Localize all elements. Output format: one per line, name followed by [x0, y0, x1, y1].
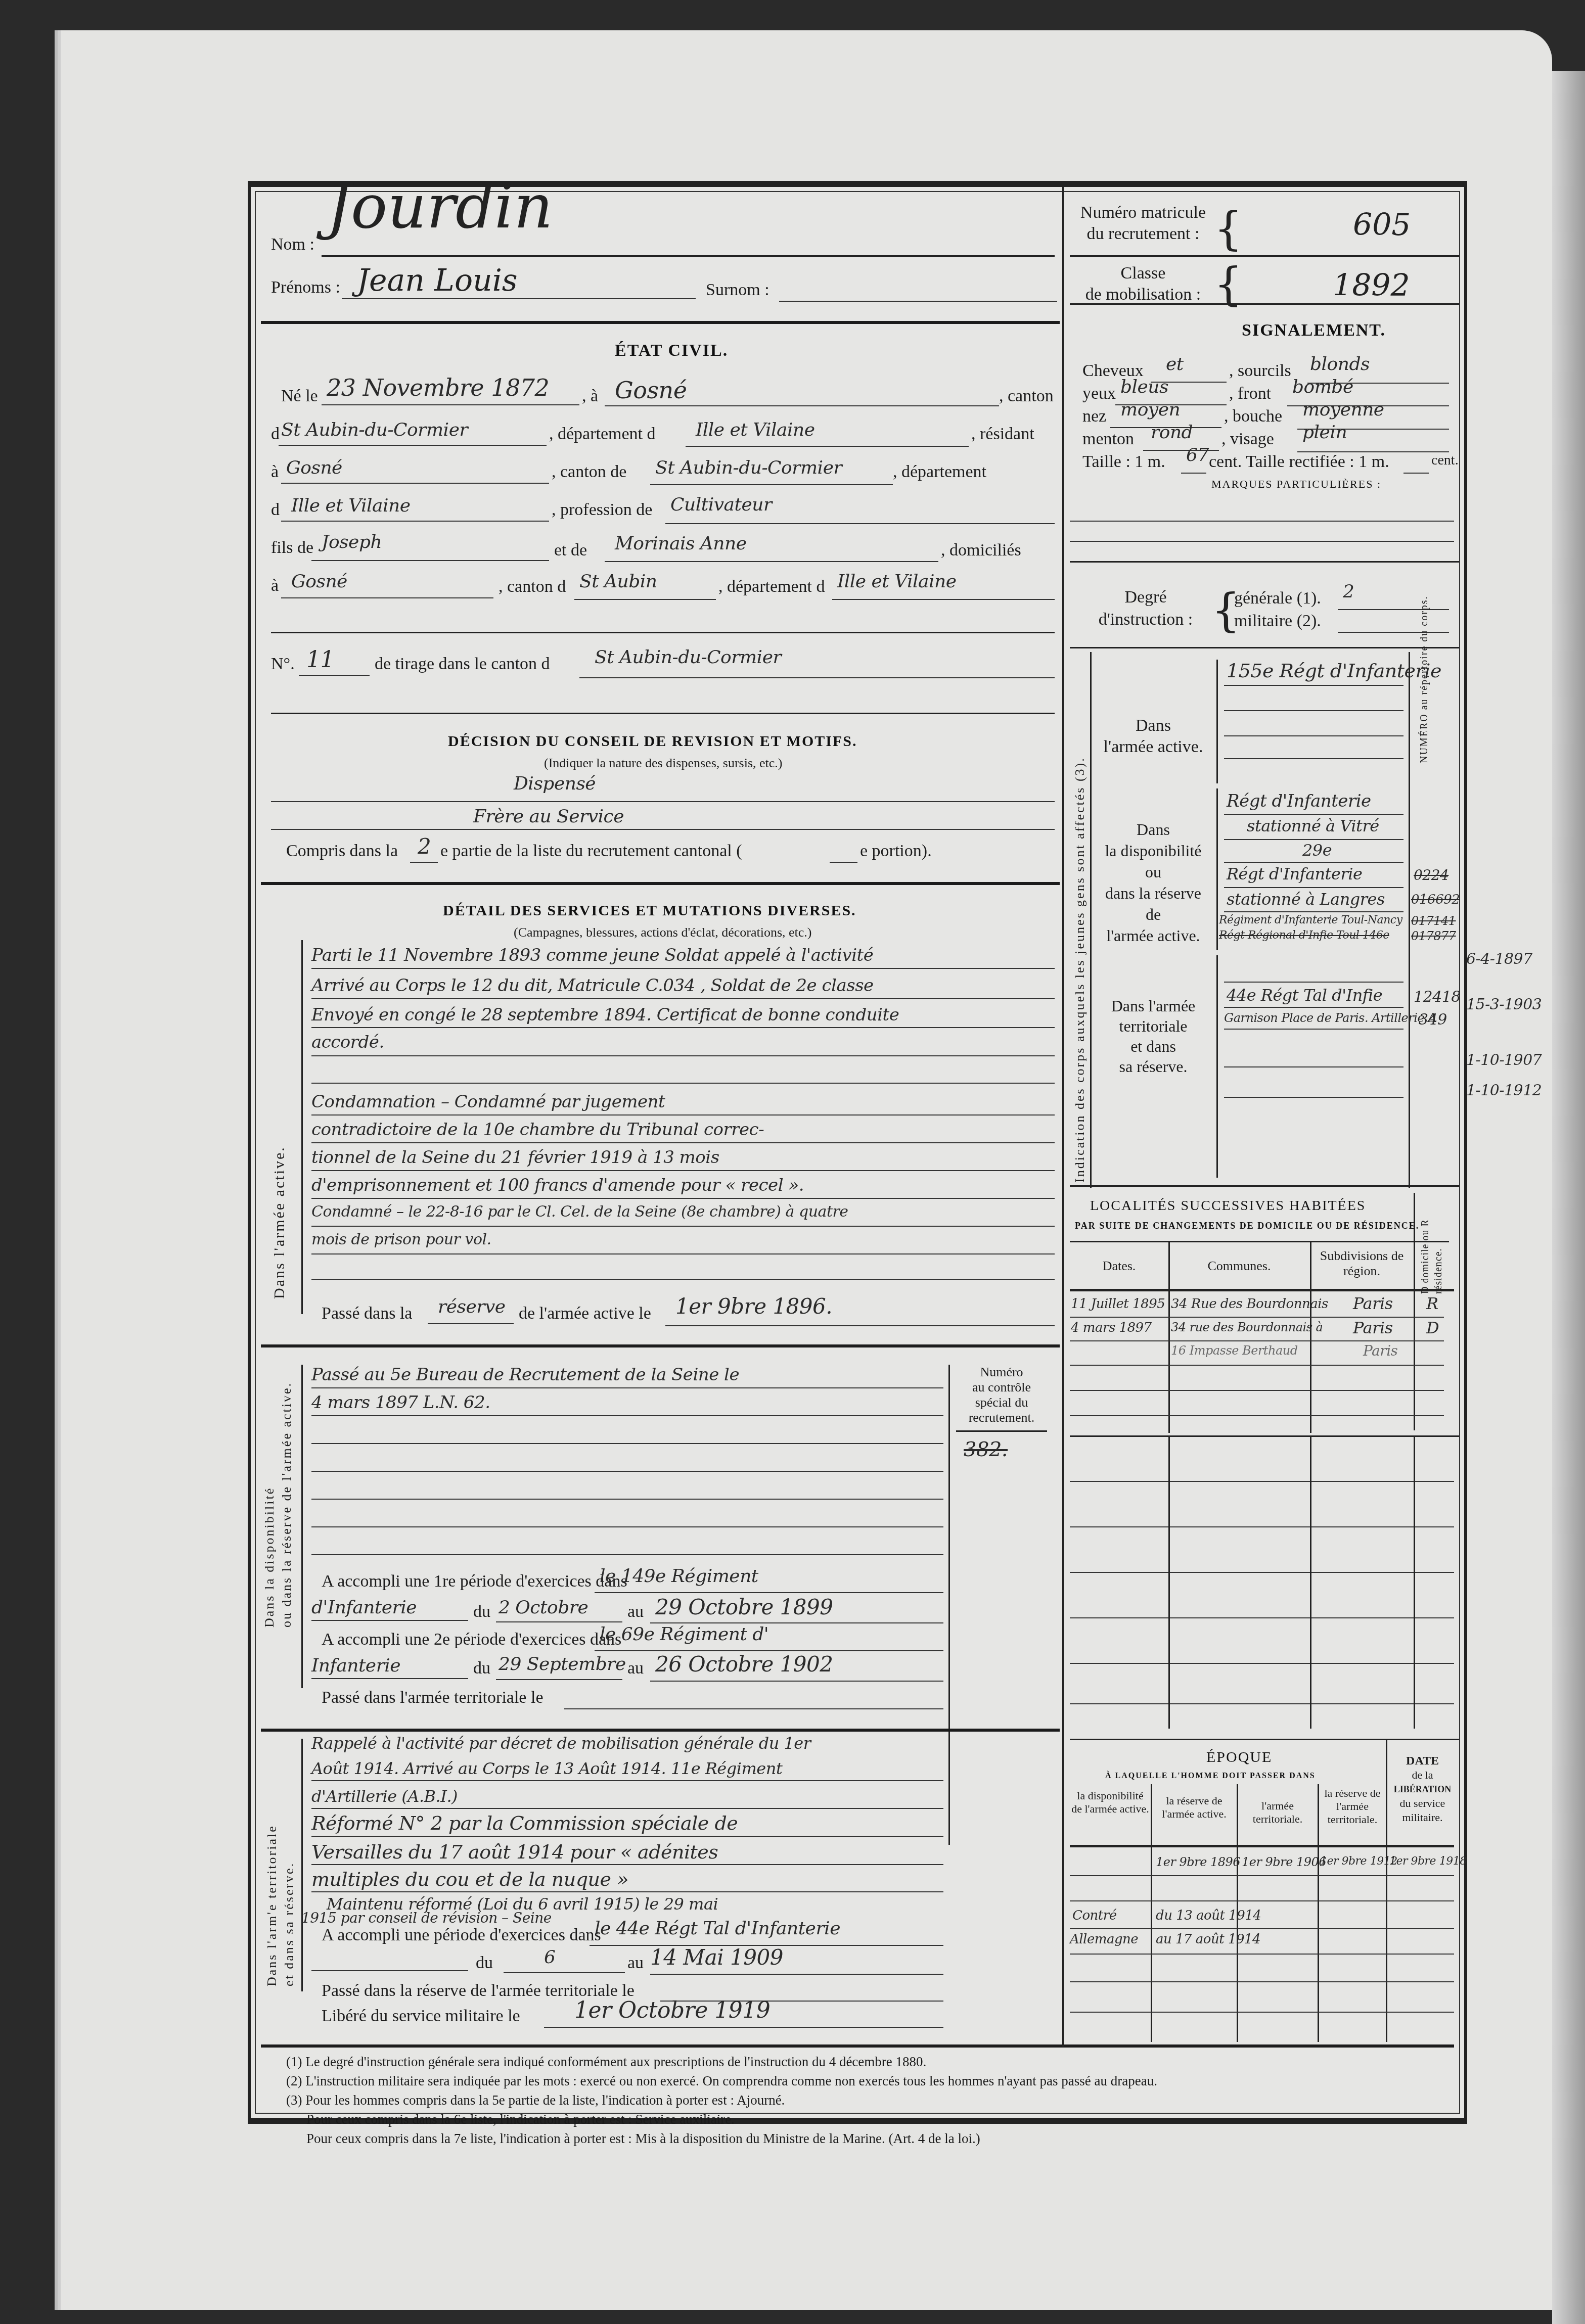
yeux-value: bleus — [1120, 377, 1168, 397]
epoque-extra-au: au 17 août 1914 — [1156, 1932, 1260, 1947]
epoque-value-reserve-territoriale: 1er 9bre 1912 — [1320, 1855, 1397, 1868]
localite-row-5-rule — [1070, 1415, 1444, 1416]
conseil-divider — [261, 882, 1060, 885]
pere-underline — [311, 560, 549, 561]
terr-number-2: 349 — [1419, 1011, 1447, 1029]
departement3-value: Ille et Vilaine — [837, 571, 957, 592]
numero-header-4: recrutement. — [954, 1410, 1050, 1425]
instruction-label-1: Degré — [1080, 586, 1211, 609]
menton-value: rond — [1151, 422, 1193, 443]
corps-active-line-2 — [1224, 710, 1403, 711]
numero-repertoire-divider — [1409, 652, 1410, 1188]
pere-value: Joseph — [322, 532, 382, 552]
exercice1-unit: d'Infanterie — [311, 1597, 417, 1618]
tirage-label: de tirage dans le canton d — [375, 655, 550, 674]
terr-line-1: Rappelé à l'activité par décret de mobil… — [311, 1734, 811, 1753]
corps-dispo-label: Dans la disponibilité ou dans la réserve… — [1095, 819, 1211, 946]
corps-active-label-2: l'armée active. — [1095, 736, 1211, 758]
services-divider — [261, 1344, 1060, 1347]
terr-line-2: Août 1914. Arrivé au Corps le 13 Août 19… — [311, 1759, 782, 1778]
blank-rule-4 — [1070, 1617, 1454, 1618]
corps-divider — [1070, 1185, 1459, 1187]
marques-title: MARQUES PARTICULIÈRES : — [1211, 478, 1381, 491]
exercice2-au-underline — [650, 1681, 943, 1682]
residant-a-label: à — [271, 462, 279, 482]
corps-dispo-label-3: ou — [1095, 861, 1211, 882]
localite-row-1-date: 11 Juillet 1895 — [1071, 1296, 1165, 1312]
localites-col-subdivisions: Subdivisions de région. — [1312, 1248, 1411, 1279]
exercice2-au: 26 Octobre 1902 — [655, 1652, 833, 1677]
corps-active-label: Dans l'armée active. — [1095, 715, 1211, 758]
blank-col-3 — [1414, 1435, 1415, 1729]
condamnation-underline-6 — [311, 1253, 1055, 1254]
portion-suffix: e portion). — [860, 842, 932, 861]
visage-value: plein — [1302, 422, 1347, 443]
footnote-1: (1) Le degré d'instruction générale sera… — [286, 2052, 1449, 2071]
epoque-row-5-rule — [1070, 1981, 1454, 1982]
blank-rule-5 — [1070, 1663, 1454, 1664]
terr-underline-3 — [311, 1808, 943, 1809]
blank-rule-1 — [1070, 1481, 1454, 1482]
localite-row-2-rule — [1070, 1340, 1444, 1341]
exercice2-au-label: au — [627, 1659, 644, 1678]
ne-le-underline — [322, 404, 579, 405]
exercice1-du-underline — [496, 1621, 622, 1622]
dispo-line-1: Passé au 5e Bureau de Recrutement de la … — [311, 1365, 739, 1385]
mere-underline — [605, 561, 938, 562]
exercice1-value: le 149e Régiment — [600, 1566, 758, 1587]
front-label: , front — [1229, 384, 1271, 403]
corps-terr-value-2: Garnison Place de Paris. Artillerie A — [1224, 1011, 1436, 1025]
dispo-underline-4 — [311, 1471, 943, 1472]
conseil-line-1: Dispensé — [514, 773, 596, 794]
localite-row-1-subdivision: Paris — [1353, 1294, 1393, 1313]
corps-dispo-label-4: dans la réserve — [1095, 882, 1211, 904]
epoque-col-4-header: la réserve de l'armée territoriale. — [1320, 1787, 1385, 1826]
condamnation-line-6: mois de prison pour vol. — [311, 1231, 491, 1248]
birthplace-value: Gosné — [615, 377, 687, 404]
services-subtitle: (Campagnes, blessures, actions d'éclat, … — [514, 925, 811, 940]
tirage-no-underline — [299, 675, 370, 676]
localite-row-3-rule — [1070, 1365, 1444, 1366]
terr-underline-5 — [311, 1864, 943, 1865]
localites-title: LOCALITÉS SUCCESSIVES HABITÉES — [1090, 1198, 1366, 1214]
et-de-label: et de — [554, 541, 587, 560]
dispo-underline-7 — [311, 1554, 943, 1555]
canton2-underline — [650, 484, 893, 485]
next-page-edge — [1552, 71, 1585, 2324]
a-label: , à — [582, 387, 598, 406]
liberation-header-5: militaire. — [1388, 1810, 1457, 1825]
compris-underline — [410, 862, 438, 863]
exercice2-value: le 69e Régiment d' — [600, 1624, 768, 1645]
profession-label: , profession de — [552, 500, 652, 520]
service-underline-2 — [311, 998, 1055, 999]
conseil-title: DÉCISION DU CONSEIL DE REVISION ET MOTIF… — [448, 733, 857, 750]
matricule-value: 605 — [1353, 207, 1411, 243]
exercice1-au: 29 Octobre 1899 — [655, 1595, 833, 1619]
classe-label: Classe de mobilisation : — [1075, 263, 1211, 305]
departement2-label: , département — [893, 462, 986, 482]
liberation-header-3: LIBÉRATION — [1388, 1782, 1457, 1796]
nez-label: nez — [1082, 407, 1106, 426]
corps-dispo-line-5 — [1224, 911, 1403, 912]
corps-dispo-brace — [1216, 788, 1218, 950]
margin-date-3: 1-10-1907 — [1466, 1051, 1542, 1069]
exercice1-unit-underline — [311, 1620, 468, 1621]
numero-header-rule — [956, 1430, 1047, 1432]
corps-active-value: 155e Régt d'Infanterie — [1227, 660, 1441, 682]
classe-label-1: Classe — [1075, 263, 1211, 284]
exercice2-du-underline — [496, 1679, 622, 1680]
corps-dispo-label-6: l'armée active. — [1095, 925, 1211, 946]
corps-dispo-line-3 — [1224, 862, 1403, 863]
passe-label: Passé dans la — [322, 1304, 412, 1323]
instruction-label: Degré d'instruction : — [1080, 586, 1211, 631]
departement2-prefix: d — [271, 500, 280, 520]
matricule-form: Nom : Jourdin Prénoms : Jean Louis Surno… — [248, 181, 1467, 2124]
condamnation-underline-4 — [311, 1198, 1055, 1199]
exercice2-du-label: du — [473, 1659, 490, 1678]
terr-exercice-au: 14 Mai 1909 — [650, 1945, 783, 1970]
corps-dispo-label-1: Dans — [1095, 819, 1211, 840]
terr-line-8: 1915 par conseil de révision – Seine — [301, 1910, 552, 1926]
departement3-label: , département d — [718, 577, 825, 596]
ne-le-label: Né le — [281, 387, 318, 406]
exercice1-du: 2 Octobre — [499, 1597, 588, 1618]
numero-header-3: spécial du — [954, 1395, 1050, 1410]
terr-underline-6 — [311, 1891, 943, 1892]
numero-header-2: au contrôle — [954, 1380, 1050, 1395]
bouche-label: , bouche — [1224, 407, 1282, 426]
nom-value: Jourdin — [327, 172, 553, 242]
corps-terr-line-4 — [1224, 1066, 1403, 1067]
domicile-value: Gosné — [291, 571, 347, 592]
localite-row-1-type: R — [1426, 1294, 1438, 1313]
epoque-col-3-divider — [1318, 1784, 1319, 2042]
terr-number-1: 12418 — [1414, 988, 1461, 1006]
cheveux-value: et — [1166, 354, 1184, 375]
communes-column-divider — [1310, 1241, 1311, 1433]
canton3-underline — [574, 599, 716, 600]
corps-terr-brace — [1216, 955, 1218, 1178]
margin-date-2: 15-3-1903 — [1466, 996, 1542, 1013]
matricule-divider — [1070, 255, 1459, 257]
condamnation-underline-3 — [311, 1170, 1055, 1171]
matricule-label-2: du recrutement : — [1075, 223, 1211, 245]
corps-active-line-3 — [1224, 735, 1403, 736]
domicile-a-label: à — [271, 576, 279, 595]
compris-value: 2 — [418, 834, 431, 859]
corps-dispo-value-7: Régt Régional d'Infie Toul 146e — [1219, 929, 1389, 942]
epoque-value-reserve-active: 1er 9bre 1896 — [1156, 1855, 1240, 1869]
terr-underline-4 — [311, 1836, 943, 1837]
matricule-brace: { — [1214, 202, 1243, 255]
condamnation-underline-2 — [311, 1142, 1055, 1143]
services-side-label: Dans l'armée active. — [271, 1146, 288, 1299]
domicile-underline — [281, 597, 493, 598]
service-line-4: accordé. — [311, 1032, 384, 1052]
blank-rule-2 — [1070, 1526, 1454, 1527]
numero-controle-value: 382. — [964, 1438, 1008, 1461]
footnote-4: Pour ceux compris dans la 6e liste, l'in… — [286, 2110, 1449, 2129]
corps-dispo-value-6: Régiment d'Infanterie Toul-Nancy — [1219, 914, 1402, 926]
sourcils-label: , sourcils — [1229, 361, 1291, 381]
departement-value: Ille et Vilaine — [696, 420, 815, 440]
departement-label: , département d — [549, 425, 656, 444]
services-brace — [301, 940, 303, 1314]
corps-dispo-line-4 — [1224, 887, 1403, 888]
dispo-underline-6 — [311, 1526, 943, 1527]
nez-value: moyen — [1120, 399, 1180, 420]
liberation-header: DATE de la LIBÉRATION du service militai… — [1388, 1754, 1457, 1825]
dispo-underline-3 — [311, 1443, 943, 1444]
passe-date-underline — [665, 1325, 1055, 1326]
dispo-side-label-1: Dans la disponibilité — [261, 1382, 278, 1628]
corps-terr-line-3 — [1224, 1029, 1403, 1030]
terr-exercice-au-underline — [650, 1974, 943, 1975]
terr-line-5: Versailles du 17 août 1914 pour « adénit… — [311, 1841, 718, 1863]
canton-underline — [279, 445, 547, 446]
margin-date-1: 6-4-1897 — [1466, 950, 1532, 968]
exercice1-du-label: du — [473, 1602, 490, 1621]
dispo-number-2: 016692 — [1411, 892, 1460, 907]
condamnation-line-2: contradictoire de la 10e chambre du Trib… — [311, 1120, 764, 1140]
exercice2-du: 29 Septembre — [499, 1654, 626, 1675]
prenoms-label: Prénoms : — [271, 278, 340, 297]
sourcils-value: blonds — [1310, 354, 1370, 375]
footnote-3: (3) Pour les hommes compris dans la 5e p… — [286, 2090, 1449, 2110]
yeux-label: yeux — [1082, 384, 1116, 403]
localites-header-rule — [1070, 1289, 1454, 1291]
localite-row-2-date: 4 mars 1897 — [1071, 1320, 1152, 1335]
matricule-label: Numéro matricule du recrutement : — [1075, 202, 1211, 245]
nom-label: Nom : — [271, 235, 314, 254]
passe-value: réserve — [438, 1296, 506, 1317]
epoque-header-rule — [1070, 1845, 1454, 1847]
corps-active-line-1 — [1224, 685, 1403, 686]
terr-exercice-au-label: au — [627, 1954, 644, 1973]
localite-row-2-subdivision: Paris — [1353, 1318, 1393, 1337]
corps-terr-label-2: territoriale — [1095, 1016, 1211, 1036]
ne-le-value: 23 Novembre 1872 — [327, 374, 549, 401]
classe-label-2: de mobilisation : — [1075, 284, 1211, 305]
canton3-label: , canton d — [499, 577, 566, 596]
corps-terr-label-4: sa réserve. — [1095, 1056, 1211, 1077]
epoque-row-6-rule — [1070, 2012, 1454, 2013]
etat-civil-divider — [271, 632, 1055, 633]
terr-exercice-du-label: du — [476, 1954, 493, 1973]
dr-column-divider — [1414, 1193, 1415, 1430]
corps-dispo-value-3: 29e — [1302, 841, 1332, 860]
exercice1-label: A accompli une 1re période d'exercices d… — [322, 1572, 627, 1591]
exercice2-label: A accompli une 2e période d'exercices da… — [322, 1630, 621, 1649]
terr-side-label-1: Dans l'arm'e territoriale — [263, 1825, 281, 1986]
terr-line-3: d'Artillerie (A.B.I.) — [311, 1787, 458, 1806]
terr-exercice-label: A accompli une période d'exercices dans — [322, 1926, 601, 1945]
corps-side-label: Indication des corps auxquels les jeunes… — [1072, 757, 1088, 1183]
mere-value: Morinais Anne — [615, 533, 747, 554]
condamnation-line-4: d'emprisonnement et 100 francs d'amende … — [311, 1175, 804, 1195]
marques-line-2 — [1070, 541, 1454, 542]
corps-terr-label: Dans l'armée territoriale et dans sa rés… — [1095, 996, 1211, 1077]
territoriale-underline — [564, 1708, 943, 1709]
departement2-value: Ille et Vilaine — [291, 495, 411, 516]
service-underline-1 — [311, 968, 1055, 969]
taille-underline — [1181, 473, 1206, 474]
condamnation-line-3: tionnel de la Seine du 21 février 1919 à… — [311, 1147, 719, 1168]
condamnation-underline-5 — [311, 1226, 1055, 1227]
prenoms-value: Jean Louis — [357, 263, 518, 298]
corps-dispo-value-5: stationné à Langres — [1227, 890, 1385, 909]
localite-row-3-commune: 16 Impasse Berthaud — [1171, 1343, 1298, 1358]
service-line-1: Parti le 11 Novembre 1893 comme jeune So… — [311, 945, 873, 965]
localite-row-2-commune: 34 rue des Bourdonnais à — [1171, 1320, 1323, 1334]
epoque-extra-label-2: Allemagne — [1070, 1932, 1138, 1947]
prenoms-underline — [342, 298, 696, 299]
dates-column-divider — [1168, 1241, 1170, 1433]
departement3-underline — [832, 599, 1055, 600]
conseil-subtitle: (Indiquer la nature des dispenses, sursi… — [544, 756, 782, 771]
column-divider — [1062, 187, 1064, 2047]
epoque-top-rule — [1070, 1739, 1459, 1740]
nom-underline — [322, 255, 1055, 257]
blank-col-2 — [1310, 1435, 1311, 1729]
terr-exercice-du: 6 — [544, 1947, 555, 1968]
service-line-2: Arrivé au Corps le 12 du dit, Matricule … — [311, 975, 874, 996]
epoque-value-territoriale: 1er 9bre 1906 — [1242, 1855, 1326, 1869]
marques-divider — [1070, 561, 1459, 563]
localite-row-1-rule — [1070, 1317, 1444, 1318]
dispo-line-2: 4 mars 1897 L.N. 62. — [311, 1392, 490, 1413]
surnom-underline — [779, 301, 1057, 302]
tirage-canton-value: St Aubin-du-Cormier — [595, 647, 781, 668]
matricule-label-1: Numéro matricule — [1075, 202, 1211, 223]
terr-line-6: multiples du cou et de la nuque » — [311, 1868, 628, 1890]
marques-line-1 — [1070, 521, 1454, 522]
surnom-label: Surnom : — [706, 281, 769, 300]
libere-value: 1er Octobre 1919 — [574, 1997, 770, 2023]
corps-dispo-line-2 — [1224, 839, 1403, 840]
exercice1-underline — [595, 1592, 943, 1593]
corps-dispo-value-2: stationné à Vitré — [1247, 816, 1379, 835]
dispo-number-1: 0224 — [1414, 867, 1448, 884]
dispo-number-4: 017877 — [1411, 929, 1456, 943]
epoque-subtitle: À LAQUELLE L'HOMME DOIT PASSER DANS — [1105, 1772, 1316, 1781]
militaire-underline — [1338, 632, 1449, 633]
dispo-brace — [301, 1365, 303, 1688]
blank-rule-3 — [1070, 1572, 1454, 1573]
liberation-header-2: de la — [1388, 1768, 1457, 1782]
epoque-extra-du: du 13 août 1914 — [1156, 1908, 1261, 1923]
portion-underline — [830, 862, 857, 863]
tirage-no-value: 11 — [306, 647, 334, 673]
terr-underline-2 — [311, 1780, 943, 1781]
condamnation-line-1: Condamnation – Condamné par jugement — [311, 1092, 665, 1112]
condamnation-underline-7 — [311, 1279, 1055, 1280]
tirage-canton-underline — [579, 677, 1055, 678]
terr-brace — [301, 1739, 303, 1991]
footnote-divider — [261, 2044, 1454, 2048]
libere-underline — [544, 2027, 943, 2028]
name-divider — [261, 321, 1060, 324]
numero-header-1: Numéro — [954, 1365, 1050, 1380]
corps-dispo-label-5: de — [1095, 904, 1211, 925]
classe-divider — [1070, 303, 1459, 305]
taille-rect-underline — [1403, 473, 1429, 474]
blank-col-1 — [1168, 1435, 1170, 1729]
generale-underline — [1338, 609, 1449, 610]
liberation-header-4: du service — [1388, 1796, 1457, 1810]
militaire-label: militaire (2). — [1234, 612, 1321, 631]
corps-active-brace — [1216, 660, 1218, 783]
epoque-row-4-rule — [1070, 1954, 1454, 1955]
numero-controle-header: Numéro au contrôle spécial du recrutemen… — [954, 1365, 1050, 1425]
service-line-3: Envoyé en congé le 28 septembre 1894. Ce… — [311, 1005, 899, 1025]
corps-active-label-1: Dans — [1095, 715, 1211, 736]
condamnation-underline-1 — [311, 1114, 1055, 1115]
canton2-label: , canton de — [552, 462, 626, 482]
epoque-col-1-divider — [1151, 1784, 1152, 2042]
corps-terr-line-5 — [1224, 1097, 1403, 1098]
taille-label: Taille : 1 m. — [1082, 452, 1165, 472]
localites-col-dates: Dates. — [1072, 1259, 1166, 1274]
taille-cent-2: cent. — [1431, 452, 1459, 469]
taille-value: 67 — [1186, 445, 1209, 466]
generale-label: générale (1). — [1234, 589, 1321, 608]
generale-value: 2 — [1343, 581, 1354, 602]
signalement-title: SIGNALEMENT. — [1242, 321, 1386, 340]
dispo-number-3: 017141 — [1411, 914, 1456, 928]
localite-row-3-subdivision: Paris — [1363, 1342, 1397, 1359]
dispo-side-label-2: ou dans la réserve de l'armée active. — [278, 1382, 295, 1628]
dispo-divider — [261, 1729, 1060, 1732]
blank-rule-6 — [1070, 1703, 1454, 1704]
localite-row-2-type: D — [1426, 1318, 1439, 1337]
services-title: DÉTAIL DES SERVICES ET MUTATIONS DIVERSE… — [443, 902, 856, 919]
corps-terr-label-1: Dans l'armée — [1095, 996, 1211, 1016]
service-underline-5 — [311, 1083, 1055, 1084]
departement2-underline — [281, 521, 549, 522]
localites-col-communes: Communes. — [1171, 1259, 1307, 1274]
conseil-line-1-underline — [271, 801, 1055, 802]
exercice1-au-underline — [650, 1622, 943, 1623]
domicilies-label: , domiciliés — [941, 541, 1021, 560]
residant-value: Gosné — [286, 457, 342, 478]
menton-label: menton — [1082, 430, 1134, 449]
compris-suffix: e partie de la liste du recrutement cant… — [440, 842, 742, 861]
corps-dispo-label-2: la disponibilité — [1095, 840, 1211, 861]
terr-line-4: Réformé N° 2 par la Commission spéciale … — [311, 1812, 738, 1834]
localites-col-dr: D domicile ou R résidence. — [1419, 1208, 1445, 1294]
canton2-value: St Aubin-du-Cormier — [655, 457, 842, 478]
epoque-col-3-header: l'armée territoriale. — [1239, 1799, 1316, 1826]
canton3-value: St Aubin — [579, 571, 657, 592]
corps-terr-line-1 — [1224, 982, 1403, 983]
dispo-underline-5 — [311, 1499, 943, 1500]
corps-dispo-line-1 — [1224, 814, 1403, 815]
exercice1-au-label: au — [627, 1602, 644, 1621]
terr-side-label-2: et dans sa réserve. — [281, 1825, 298, 1986]
profession-value: Cultivateur — [670, 494, 772, 515]
territoriale-label: Passé dans l'armée territoriale le — [322, 1688, 544, 1707]
dispo-side-label: Dans la disponibilité ou dans la réserve… — [261, 1382, 295, 1628]
profession-underline — [665, 523, 1055, 524]
service-underline-4 — [311, 1055, 1055, 1056]
dispo-underline-2 — [311, 1415, 943, 1416]
libere-label: Libéré du service militaire le — [322, 2007, 520, 2026]
instruction-label-2: d'instruction : — [1080, 609, 1211, 631]
